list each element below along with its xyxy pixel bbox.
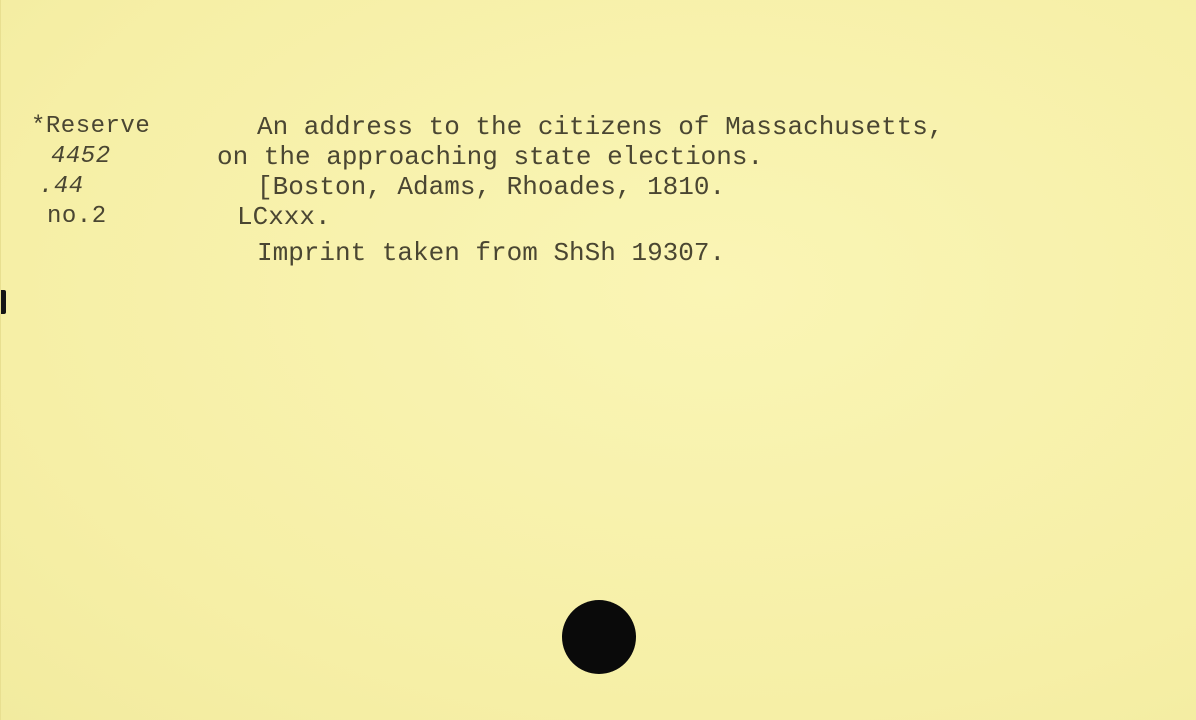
call-number-cutter: .44 xyxy=(31,172,150,202)
call-number: *Reserve 4452 .44 no.2 xyxy=(31,112,150,232)
title-line-2: on the approaching state elections. xyxy=(217,142,944,172)
bibliographic-entry: An address to the citizens of Massachuse… xyxy=(217,112,944,268)
card-edge-mark xyxy=(1,290,6,314)
collation: LCxxx. xyxy=(217,202,944,232)
title-line-1: An address to the citizens of Massachuse… xyxy=(217,112,944,142)
imprint: [Boston, Adams, Rhoades, 1810. xyxy=(217,172,944,202)
call-number-location: *Reserve xyxy=(31,112,150,142)
punch-hole xyxy=(562,600,636,674)
call-number-class: 4452 xyxy=(31,142,150,172)
note: Imprint taken from ShSh 19307. xyxy=(217,238,944,268)
catalog-card: *Reserve 4452 .44 no.2 An address to the… xyxy=(0,0,1196,720)
call-number-volume: no.2 xyxy=(31,202,150,232)
